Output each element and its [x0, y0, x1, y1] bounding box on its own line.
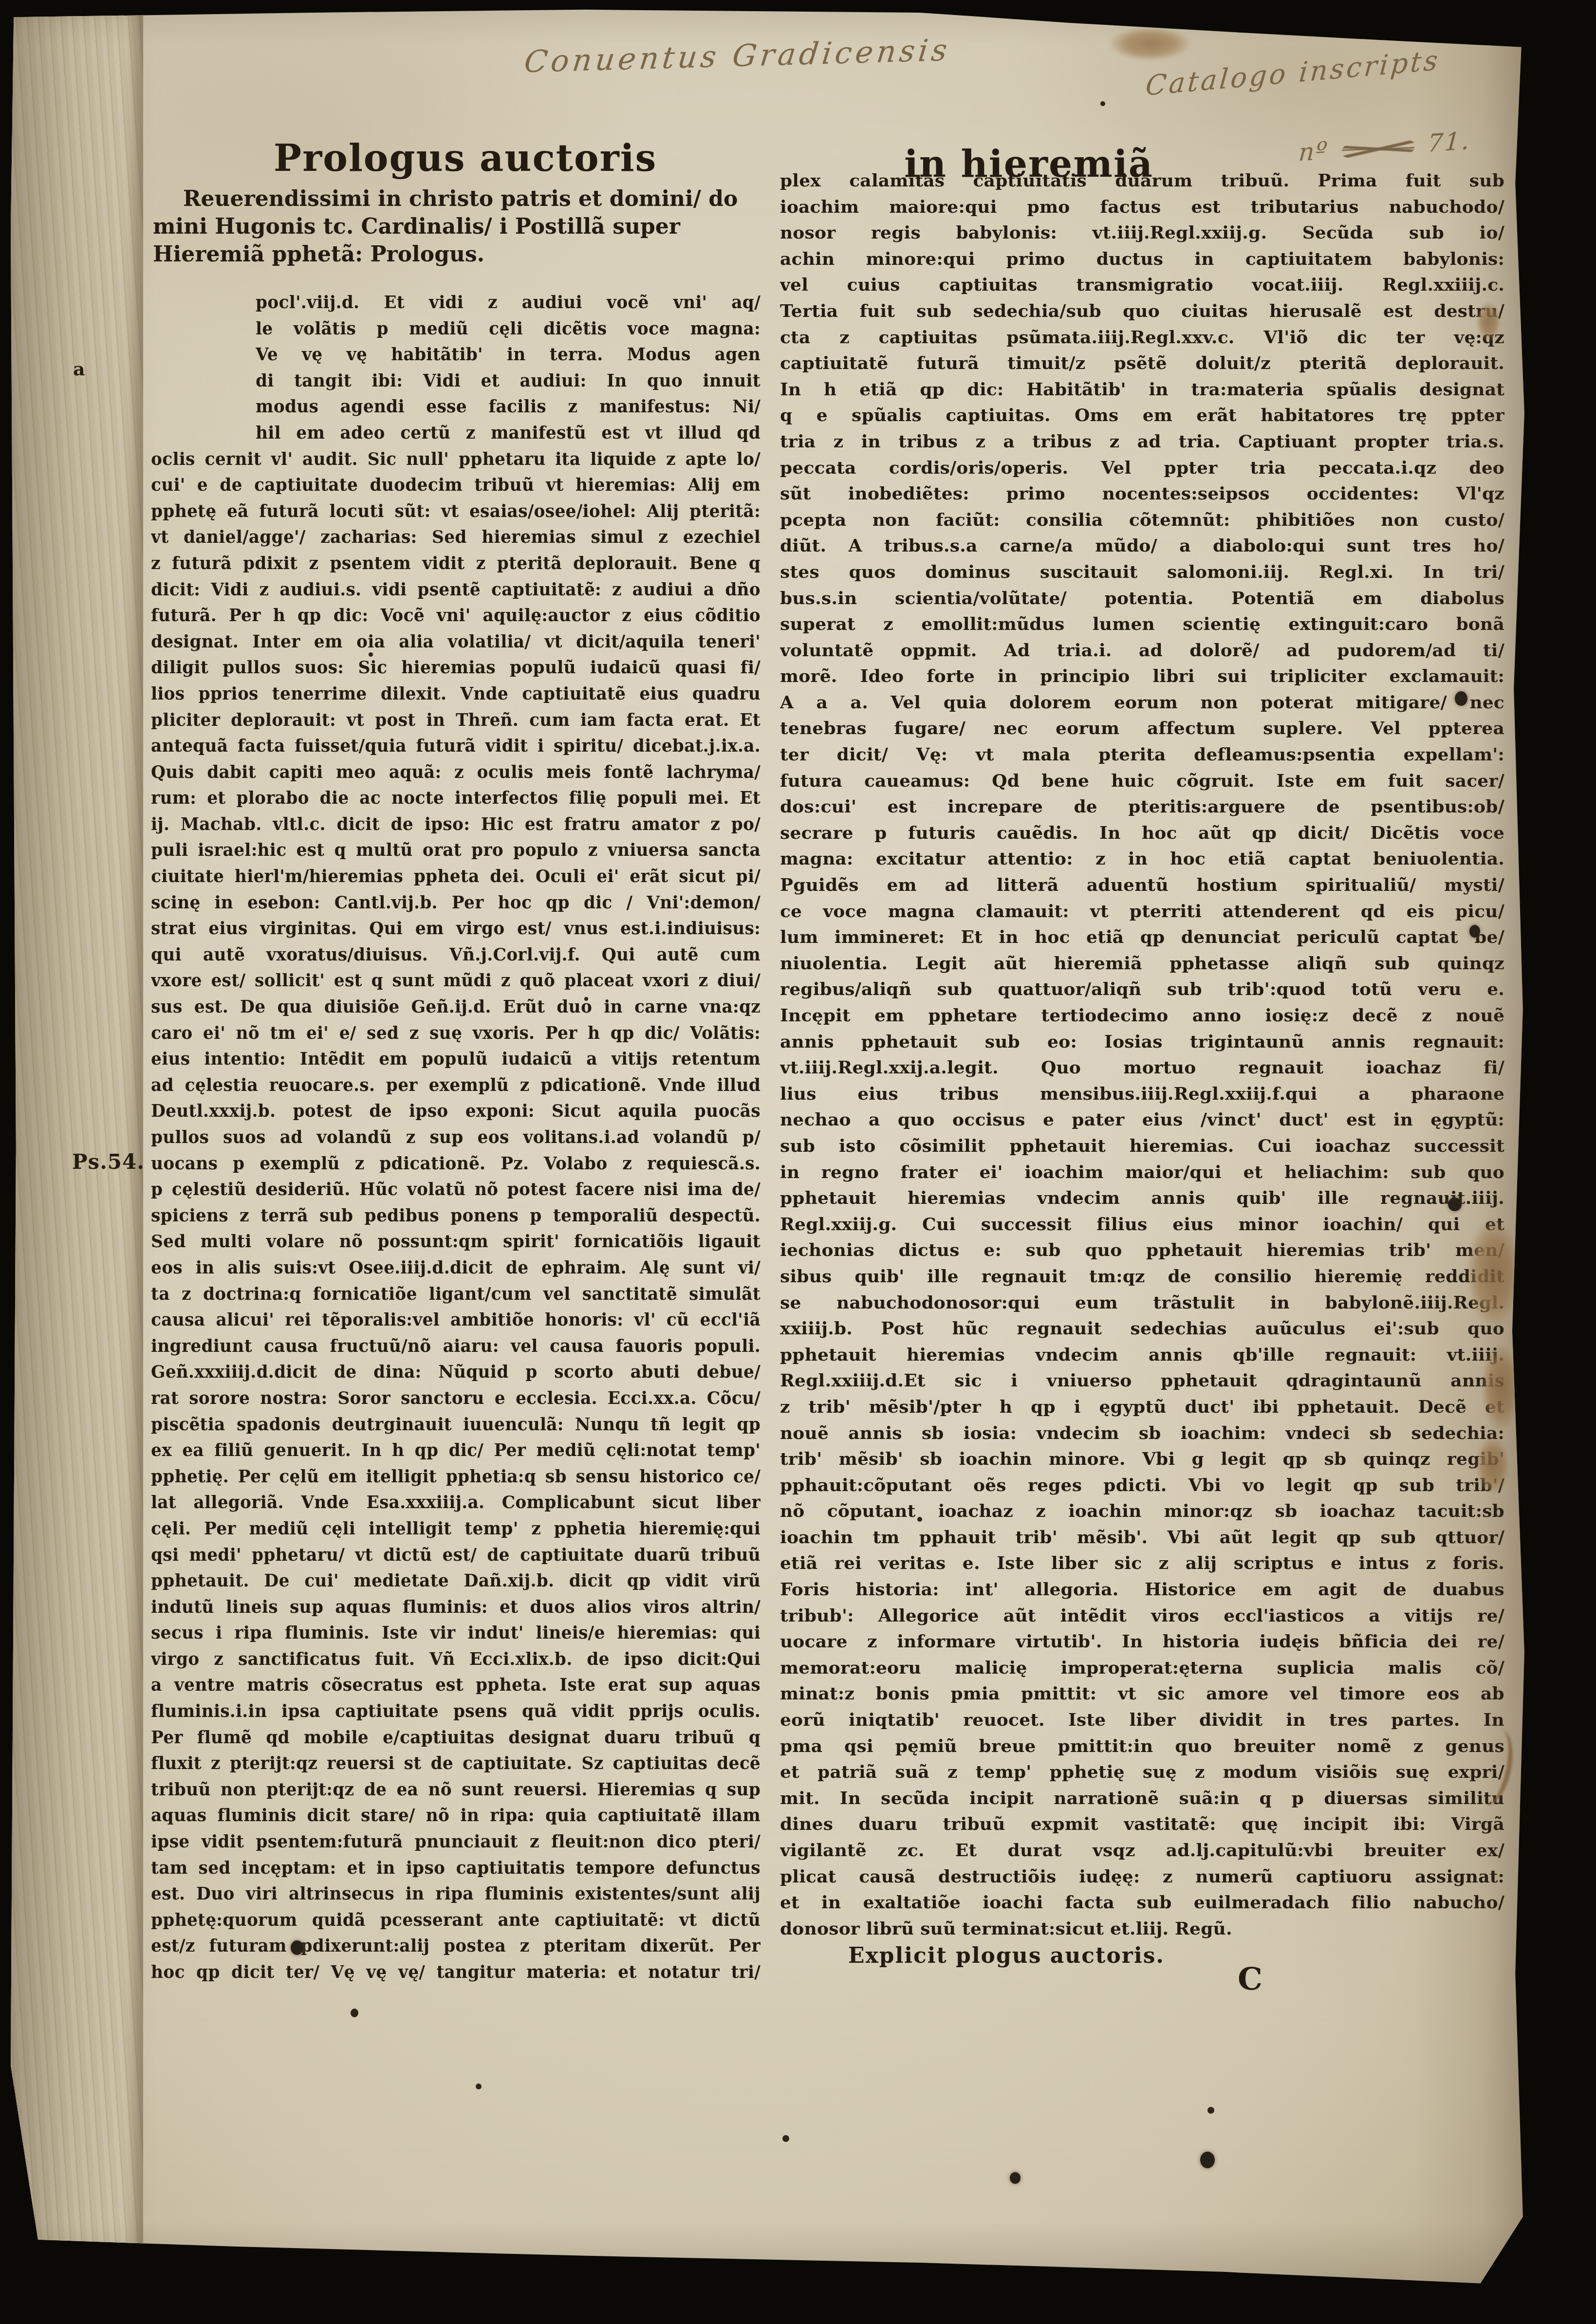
text-line: se nabuchodonosor:qui eum trãstulit in b…	[780, 1290, 1504, 1316]
text-line: z trib' mẽsib'/pter h qp i ęgyptũ duct' …	[780, 1394, 1504, 1420]
text-line: ioachin tm pphauit trib' mẽsib'. Vbi aũt…	[780, 1525, 1504, 1551]
text-line: vt.iiij.Regl.xxij.a.legit. Quo mortuo re…	[780, 1055, 1504, 1081]
intro-paragraph: Reuerendissimi in christo patris et domi…	[153, 185, 759, 268]
text-line: ad cęlestia reuocare.s. per exemplũ z pd…	[151, 1073, 761, 1099]
text-line: nouẽ annis sb iosia: vndecim sb ioachim:…	[780, 1420, 1504, 1447]
text-line: et patriã suã z temp' pphetię suę z modu…	[780, 1759, 1504, 1786]
text-line: ta z doctrina:q fornicatiõe ligant/cum v…	[151, 1282, 761, 1308]
text-line: antequã facta fuisset/quia futurã vidit …	[151, 734, 761, 760]
text-line: etiã rei veritas e. Iste liber sic z ali…	[780, 1550, 1504, 1577]
text-line: iechonias dictus e: sub quo pphetauit hi…	[780, 1237, 1504, 1264]
text-line: dicit: Vidi z audiui.s. vidi psentẽ capt…	[151, 577, 761, 604]
text-line: cęli. Per mediũ cęli intelligit temp' z …	[151, 1516, 761, 1543]
text-line: bus.s.in scientia/volũtate/ potentia. Po…	[780, 586, 1504, 612]
ink-speck	[1207, 2107, 1214, 2114]
text-line: trib' mẽsib' sb ioachin minore. Vbi g le…	[780, 1446, 1504, 1473]
text-line: diũt. A tribus.s.a carne/a mũdo/ a diabo…	[780, 533, 1504, 559]
text-line: regibus/aliqñ sub quattuor/aliqñ sub tri…	[780, 977, 1504, 1003]
text-line: Pguidẽs em ad litterã aduentũ hostium sp…	[780, 872, 1504, 899]
text-line: peccata cordis/oris/operis. Vel ppter tr…	[780, 455, 1504, 481]
text-line: est. Duo viri altrinsecus in ripa flumin…	[151, 1881, 761, 1908]
text-line: ioachim maiore:qui pmo factus est tribut…	[780, 194, 1504, 221]
book-fore-edge	[11, 9, 143, 2268]
printer-mark: C	[1238, 1961, 1262, 1997]
text-line: sũt inobediẽtes: primo nocentes:seipsos …	[780, 481, 1504, 507]
text-line: eorũ iniqtatib' reuocet. Iste liber divi…	[780, 1707, 1504, 1734]
text-line: cta z captiuitas psũmata.iiij.Regl.xxv.c…	[780, 325, 1504, 351]
ink-speck	[782, 2135, 789, 2142]
text-line: z futurã pdixit z psentem vidit z pterit…	[151, 551, 761, 577]
text-line: lios pprios tenerrime dilexit. Vnde capt…	[151, 682, 761, 708]
photo-backdrop: Conuentus Gradicensis Catalogo inscripts…	[0, 0, 1596, 2324]
text-line: eius intentio: Intẽdit em populũ iudaicũ…	[151, 1047, 761, 1073]
text-line: achin minore:qui primo ductus in captiui…	[780, 246, 1504, 273]
text-line: vigilantẽ zc. Et durat vsqz ad.lj.capitu…	[780, 1838, 1504, 1864]
text-line: Per flumẽ qd mobile e/captiuitas designa…	[151, 1725, 761, 1752]
text-line: piscẽtia spadonis deutrginauit iuuenculã…	[151, 1412, 761, 1439]
text-line: lum immineret: Et in hoc etiã qp denunci…	[780, 924, 1504, 951]
text-line: aquas fluminis dicit stare/ nõ in ripa: …	[151, 1803, 761, 1829]
text-line: causa alicui' rei tẽporalis:vel ambitiõe…	[151, 1308, 761, 1334]
text-line: Deutl.xxxij.b. potest de ipso exponi: Si…	[151, 1099, 761, 1125]
wormhole	[1010, 2172, 1021, 2184]
text-line: ex ea filiũ genuerit. In h qp dic/ Per m…	[151, 1438, 761, 1464]
text-line: designat. Inter em oia alia volatilia/ v…	[151, 629, 761, 656]
text-line: plicat causã destructiõis iudęę: z numer…	[780, 1864, 1504, 1890]
text-line: nechao a quo occisus e pater eius /vinct…	[780, 1107, 1504, 1133]
text-line: niuolentia. Legit aũt hieremiã pphetasse…	[780, 951, 1504, 977]
catalog-no-label: nº	[1298, 136, 1330, 167]
text-line: dines duaru tribuũ expmit vastitatẽ: quę…	[780, 1811, 1504, 1838]
text-line: hil em adeo certũ z manifestũ est vt ill…	[256, 421, 761, 447]
text-line: pphetauit. De cui' medietate Dañ.xij.b. …	[151, 1568, 761, 1595]
text-line: est/z futuram pdixerunt:alij postea z pt…	[151, 1934, 761, 1960]
text-line: eos in alis suis:vt Osee.iiij.d.dicit de…	[151, 1255, 761, 1282]
text-line: minat:z bonis pmia pmittit: vt sic amore…	[780, 1681, 1504, 1707]
ink-speck	[1100, 101, 1105, 106]
text-line: Foris historia: int' allegoria. Historic…	[780, 1577, 1504, 1603]
text-line: pphauit:cõputant oẽs reges pdicti. Vbi v…	[780, 1473, 1504, 1499]
text-line: dos:cui' est increpare de pteritis:argue…	[780, 794, 1504, 820]
text-line: Quis dabit capiti meo aquã: z oculis mei…	[151, 760, 761, 786]
text-line: nõ cõputant ioachaz z ioachin minor:qz s…	[780, 1498, 1504, 1525]
text-line: tribuũ non pterijt:qz de ea nõ sunt reue…	[151, 1777, 761, 1804]
text-line: captiuitatẽ futurã timuit/z psẽtẽ doluit…	[780, 350, 1504, 377]
text-line: caro ei' nõ tm ei' e/ sed z suę vxoris. …	[151, 1021, 761, 1047]
text-line: sus est. De qua diuisiõe Geñ.ij.d. Erũt …	[151, 995, 761, 1021]
explicit-line: Explicit plogus auctoris.	[848, 1943, 1165, 1968]
text-line: ingrediunt causa fructuũ/nõ aiaru: vel c…	[151, 1334, 761, 1360]
text-line: sibus quib' ille regnauit tm:qz de consi…	[780, 1264, 1504, 1290]
text-line: ce voce magna clamauit: vt pterriti atte…	[780, 899, 1504, 925]
text-line: vt daniel/agge'/ zacharias: Sed hieremia…	[151, 525, 761, 551]
text-line: uocans p exemplũ z pdicationẽ. Pz. Volab…	[151, 1151, 761, 1178]
text-line: lius eius tribus mensibus.iiij.Regl.xxii…	[780, 1081, 1504, 1107]
text-line: mit. In secũda incipit narrationẽ suã:in…	[780, 1786, 1504, 1812]
text-line: vxore est/ sollicit' est q sunt mũdi z q…	[151, 968, 761, 995]
text-line: plex calamitas captiuitatis duarum tribu…	[780, 168, 1504, 194]
wormhole	[1200, 2152, 1215, 2168]
text-line: magna: excitatur attentio: z in hoc etiã…	[780, 846, 1504, 872]
text-line: morẽ. Ideo forte in principio libri sui …	[780, 664, 1504, 690]
text-line: et in exaltatiõe ioachi facta sub euilme…	[780, 1890, 1504, 1916]
text-line: modus agendi esse facilis z manifestus: …	[256, 394, 761, 421]
text-line: Geñ.xxxiiij.d.dicit de dina: Nũquid p sc…	[151, 1360, 761, 1386]
text-line: hoc qp dicit ter/ Vę vę vę/ tangitur mat…	[151, 1960, 761, 1986]
text-line: tenebras fugare/ nec eorum affectum supl…	[780, 716, 1504, 742]
text-line: tribub': Allegorice aũt intẽdit viros ec…	[780, 1603, 1504, 1629]
text-line: p cęlestiũ desideriũ. Hũc volatũ nõ pote…	[151, 1177, 761, 1203]
text-line: virgo z sanctificatus fuit. Vñ Ecci.xlix…	[151, 1647, 761, 1673]
text-line: Hieremiã pphetã: Prologus.	[153, 240, 759, 268]
text-line: pliciter deplorauit: vt post in Threñ. c…	[151, 708, 761, 734]
text-line: fluminis.i.in ipsa captiuitate psens quã…	[151, 1699, 761, 1725]
text-line: lat allegoriã. Vnde Esa.xxxiiij.a. Compl…	[151, 1490, 761, 1516]
crossed-out-scribble-icon	[1341, 137, 1415, 162]
text-line: pphetę eã futurã locuti sũt: vt esaias/o…	[151, 499, 761, 525]
text-line: spiciens z terrã sub pedibus ponens p te…	[151, 1203, 761, 1230]
right-text-column: plex calamitas captiuitatis duarum tribu…	[780, 168, 1504, 1942]
catalog-number: 71.	[1427, 126, 1471, 158]
text-line: pphetię. Per cęlũ em itelligit pphetia:q…	[151, 1464, 761, 1491]
text-line: Regl.xxiiij.d.Et sic i vniuerso pphetaui…	[780, 1368, 1504, 1394]
margin-note-ps54: Ps.54.	[72, 1150, 145, 1174]
text-line: voluntatẽ oppmit. Ad tria.i. ad dolorẽ/ …	[780, 638, 1504, 664]
text-line: pphetauit hieremias vndecim annis qb'ill…	[780, 1342, 1504, 1368]
text-line: vel cuius captiuitas transmigratio vocat…	[780, 272, 1504, 298]
text-line: qui autẽ vxoratus/diuisus. Vñ.j.Corl.vij…	[151, 942, 761, 969]
text-line: secus i ripa fluminis. Iste vir indut' l…	[151, 1621, 761, 1647]
text-line: pma qsi pęmiũ breue pmittit:in quo breui…	[780, 1734, 1504, 1760]
text-line: qsi medi' pphetaru/ vt dictũ est/ de cap…	[151, 1543, 761, 1569]
text-line: scinę in esebon: Cantl.vij.b. Per hoc qp…	[151, 890, 761, 917]
ink-speck	[351, 2009, 358, 2017]
text-line: secrare p futuris cauẽdis. In hoc aũt qp…	[780, 820, 1504, 847]
text-line: a ventre matris cõsecratus est ppheta. I…	[151, 1673, 761, 1699]
text-line: memorat:eoru malicię improperat:ęterna s…	[780, 1655, 1504, 1681]
handwritten-catalog-number: nº 71.	[1298, 126, 1471, 166]
text-line: annis pphetauit sub eo: Iosias trigintau…	[780, 1029, 1504, 1055]
text-line: tam sed incęptam: et in ipso captiuitati…	[151, 1856, 761, 1882]
heading-prologus-auctoris: Prologus auctoris	[274, 136, 657, 180]
ink-speck	[476, 2084, 482, 2089]
text-line: pphetę:quorum quidã pcesserant ante capt…	[151, 1908, 761, 1934]
text-line: Tertia fuit sub sedechia/sub quo ciuitas…	[780, 298, 1504, 325]
text-line: ciuitate hierl'm/hieremias ppheta dei. O…	[151, 864, 761, 890]
text-line: ij. Machab. vltl.c. dicit de ipso: Hic e…	[151, 812, 761, 838]
text-line: strat eius virginitas. Qui em virgo est/…	[151, 916, 761, 942]
text-line: stes quos dominus suscitauit salomoni.ii…	[780, 559, 1504, 586]
stain	[1109, 27, 1191, 61]
text-line: Reuerendissimi in christo patris et domi…	[153, 185, 759, 213]
book-page: Conuentus Gradicensis Catalogo inscripts…	[11, 0, 1526, 2295]
text-line: Incępit em pphetare tertiodecimo anno io…	[780, 1003, 1504, 1029]
text-line: superat z emollit:mũdus lumen scientię e…	[780, 611, 1504, 638]
text-line: le volãtis p mediũ cęli dicẽtis voce mag…	[256, 316, 761, 343]
text-line: oclis cernit vl' audit. Sic null' ppheta…	[151, 447, 761, 473]
text-line: cui' e de captiuitate duodecim tribuũ vt…	[151, 473, 761, 499]
text-line: donosor librũ suũ terminat:sicut et.liij…	[780, 1916, 1504, 1942]
text-line: nosor regis babylonis: vt.iiij.Regl.xxii…	[780, 220, 1504, 246]
handwritten-catalog-note: Catalogo inscripts	[1144, 44, 1441, 102]
handwritten-ownership-note: Conuentus Gradicensis	[522, 32, 952, 80]
text-line: puli israel:hic est q multũ orat pro pop…	[151, 838, 761, 864]
text-line: pocl'.viij.d. Et vidi z audiui vocẽ vni'…	[256, 290, 761, 316]
text-line: futura caueamus: Qd bene huic cõgruit. I…	[780, 768, 1504, 794]
text-line: mini Hugonis tc. Cardinalis/ i Postillã …	[153, 213, 759, 240]
text-line: q e spũalis captiuitas. Oms em erãt habi…	[780, 403, 1504, 429]
text-line: A a a. Vel quia dolorem eorum non potera…	[780, 690, 1504, 716]
margin-guide-letter: a	[73, 358, 85, 380]
text-line: ter dicit/ Vę: vt mala pterita defleamus…	[780, 742, 1504, 768]
text-line: Sed multi volare nõ possunt:qm spirit' f…	[151, 1229, 761, 1255]
text-line: rat sorore nostra: Soror sanctoru e eccl…	[151, 1386, 761, 1412]
left-text-column: pocl'.viij.d. Et vidi z audiui vocẽ vni'…	[151, 290, 761, 1986]
text-line: sub isto cõsimilit pphetauit hieremias. …	[780, 1133, 1504, 1160]
text-line: Regl.xxiij.g. Cui successit filius eius …	[780, 1212, 1504, 1238]
text-line: rum: et plorabo die ac nocte interfectos…	[151, 786, 761, 812]
text-line: indutũ lineis sup aquas fluminis: et duo…	[151, 1595, 761, 1621]
text-line: uocare z informare virtutib'. In histori…	[780, 1629, 1504, 1655]
text-line: pphetauit hieremias vndecim annis quib' …	[780, 1185, 1504, 1212]
text-line: diligit pullos suos: Sic hieremias popul…	[151, 655, 761, 682]
text-line: In h etiã qp dic: Habitãtib' in tra:mate…	[780, 377, 1504, 403]
text-line: ipse vidit psentem:futurã pnunciauit z f…	[151, 1829, 761, 1856]
text-line: di tangit ibi: Vidi et audiui: In quo in…	[256, 369, 761, 395]
text-line: fluxit z pterijt:qz reuersi st de captiu…	[151, 1751, 761, 1777]
text-line: in regno frater ei' ioachim maior/qui et…	[780, 1160, 1504, 1186]
text-line: Ve vę vę habitãtib' in terra. Modus agen	[256, 342, 761, 369]
text-line: pcepta non faciũt: consilia cõtemnũt: ph…	[780, 507, 1504, 534]
text-line: futurã. Per h qp dic: Vocẽ vni' aquilę:a…	[151, 603, 761, 629]
text-line: pullos suos ad volandũ z sup eos volitan…	[151, 1125, 761, 1151]
text-line: tria z in tribus z a tribus z ad tria. C…	[780, 429, 1504, 455]
text-line: xxiiij.b. Post hũc regnauit sedechias au…	[780, 1316, 1504, 1342]
